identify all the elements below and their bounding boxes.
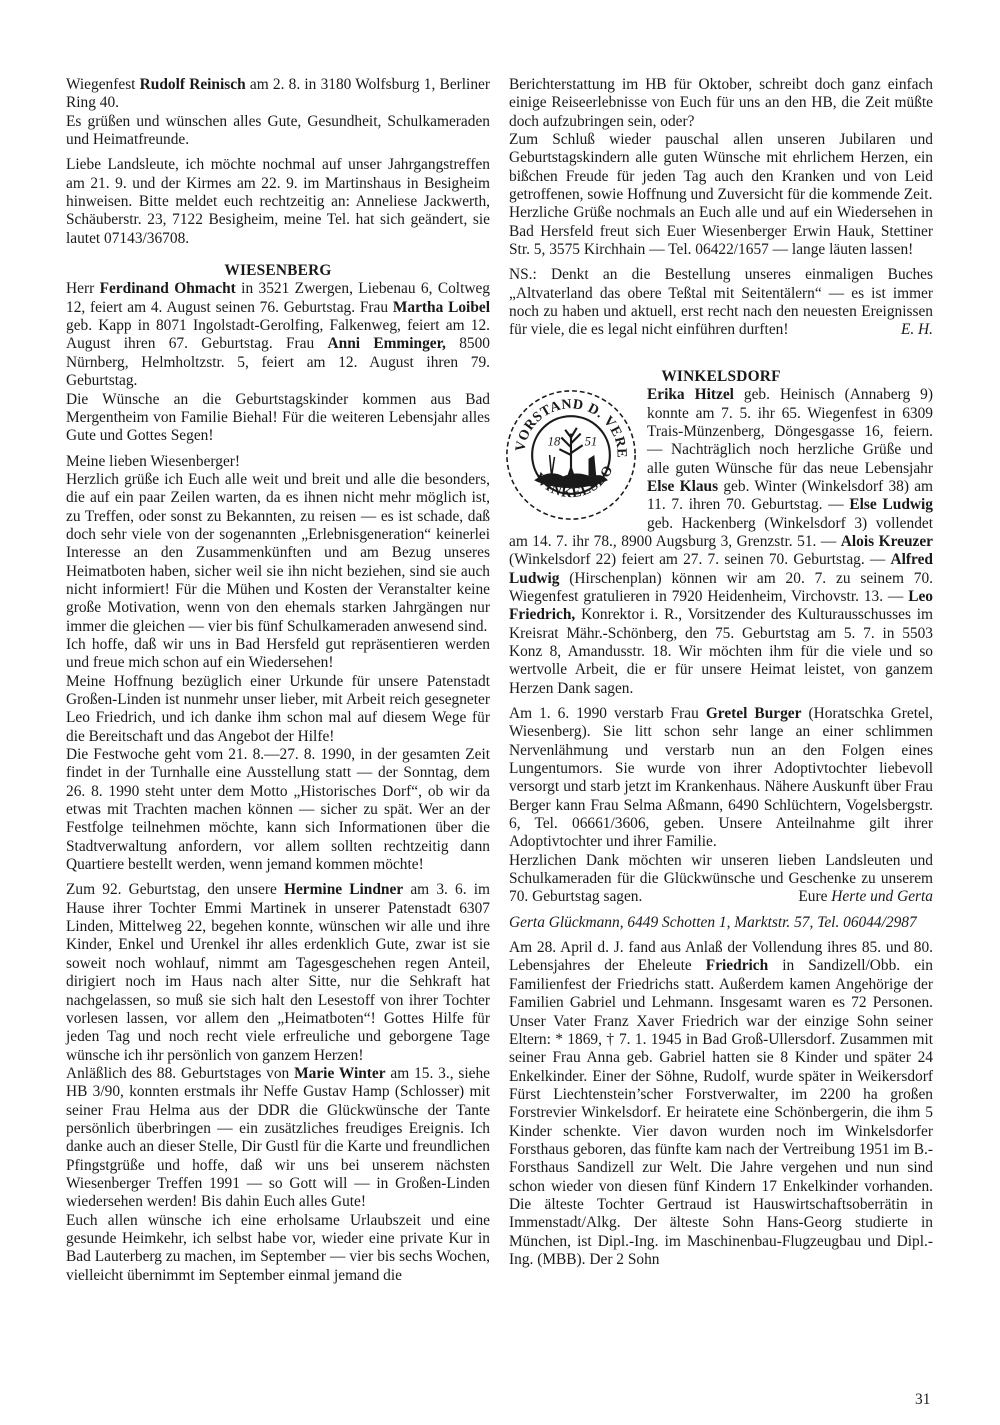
paragraph-greeting-letter: Herzlich grüße ich Euch alle weit und br… (66, 471, 490, 636)
svg-text:18: 18 (548, 434, 561, 448)
paragraph-jahrgangstreffen: Liebe Landsleute, ich möchte nochmal auf… (66, 156, 490, 248)
paragraph-glueckmann-address: Gerta Glückmann, 6449 Schotten 1, Markts… (509, 914, 933, 932)
page-number: 31 (915, 1391, 930, 1409)
paragraph-berichterstattung: Berichterstattung im HB für Oktober, sch… (509, 76, 933, 131)
paragraph-hauk-greeting: Herzliche Grüße nochmals an Euch alle un… (509, 204, 933, 259)
right-column: Berichterstattung im HB für Oktober, sch… (509, 76, 933, 1269)
person-name: Friedrich (706, 957, 768, 974)
paragraph-jubilare: Zum Schluß wieder pauschal allen unseren… (509, 131, 933, 204)
svg-text:51: 51 (585, 434, 598, 448)
paragraph-winter: Anläßlich des 88. Geburtstages von Marie… (66, 1065, 490, 1212)
paragraph-greetings: Es grüßen und wünschen alles Gute, Gesun… (66, 113, 490, 150)
paragraph-urkunde: Meine Hoffnung bezüglich einer Urkunde f… (66, 673, 490, 746)
paragraph-ns-book: NS.: Denkt an die Bestellung unseres ein… (509, 266, 933, 339)
paragraph-thanks: Herzlichen Dank möchten wir unseren lieb… (509, 852, 933, 907)
person-name: Rudolf Reinisch (140, 76, 246, 93)
paragraph-friedrich-family: Am 28. April d. J. fand aus Anlaß der Vo… (509, 939, 933, 1269)
section-heading-wiesenberg: WIESENBERG (66, 262, 490, 280)
person-name: Else Ludwig (849, 496, 933, 513)
paragraph-wiesenberg-birthdays: Herr Ferdinand Ohmacht in 3521 Zwergen, … (66, 280, 490, 390)
person-name: Marie Winter (294, 1065, 385, 1082)
left-column: Wiegenfest Rudolf Reinisch am 2. 8. in 3… (66, 76, 490, 1285)
section-heading-winkelsdorf: WINKELSDORF (509, 368, 933, 386)
paragraph-reinisch: Wiegenfest Rudolf Reinisch am 2. 8. in 3… (66, 76, 490, 113)
paragraph-urlaub: Euch allen wünsche ich eine erholsame Ur… (66, 1212, 490, 1285)
person-name: Anni Emminger, (328, 335, 446, 352)
paragraph-lindner: Zum 92. Geburtstag, den unsere Hermine L… (66, 881, 490, 1064)
person-name: Erika Hitzel (647, 386, 734, 403)
paragraph-obituary-burger: Am 1. 6. 1990 verstarb Frau Gretel Burge… (509, 705, 933, 852)
person-name: Hermine Lindner (284, 881, 403, 898)
paragraph-salutation: Meine lieben Wiesenberger! (66, 453, 490, 471)
paragraph-festwoche: Die Festwoche geht vom 21. 8.—27. 8. 199… (66, 746, 490, 874)
newsletter-page: Wiegenfest Rudolf Reinisch am 2. 8. in 3… (0, 0, 1000, 1425)
paragraph-wishes: Die Wünsche an die Geburtstagskinder kom… (66, 391, 490, 446)
signature: Eure Herte und Gerta (798, 888, 933, 906)
svg-text:VORSTAND D. VEREINT. GEMEINDE: VORSTAND D. VEREINT. GEMEINDE (503, 387, 630, 459)
signature: E. H. (901, 321, 933, 339)
person-name: Alois Kreuzer (841, 533, 933, 550)
person-name: Gretel Burger (706, 705, 802, 722)
person-name: Ferdinand Ohmacht (100, 280, 236, 297)
winkelsdorf-seal-icon: VORSTAND D. VEREINT. GEMEINDE WINKELSDOR… (503, 387, 639, 523)
person-name: Martha Loibel (393, 299, 490, 316)
paragraph-bad-hersfeld: Ich hoffe, daß wir uns in Bad Hersfeld g… (66, 636, 490, 673)
person-name: Else Klaus (647, 478, 718, 495)
